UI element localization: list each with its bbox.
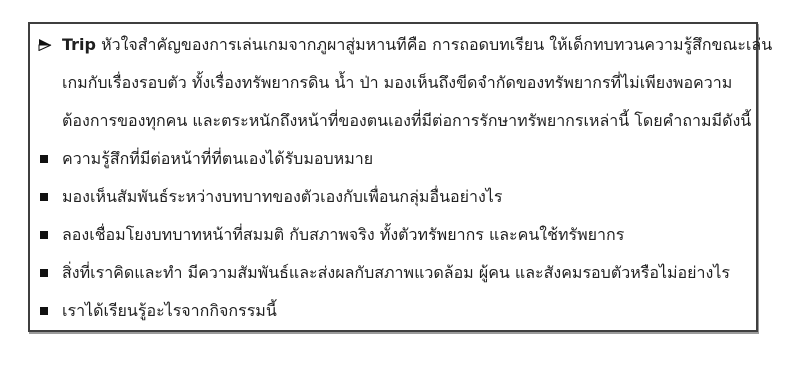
question-text: เราได้เรียนรู้อะไรจากกิจกรรมนี้: [62, 292, 277, 330]
content-box: Trip หัวใจสำคัญของการเล่นเกมจากภูผาสู่มห…: [28, 22, 758, 332]
question-text: มองเห็นสัมพันธ์ระหว่างบทบาทของตัวเองกับเ…: [62, 178, 502, 216]
square-bullet-icon: [38, 292, 62, 330]
square-bullet-icon: [38, 140, 62, 178]
document-page: Trip หัวใจสำคัญของการเล่นเกมจากภูผาสู่มห…: [0, 0, 800, 376]
question-item: มองเห็นสัมพันธ์ระหว่างบทบาทของตัวเองกับเ…: [30, 178, 746, 216]
question-text: ความรู้สึกที่มีต่อหน้าที่ที่ตนเองได้รับม…: [62, 140, 373, 178]
intro-line-2-text: เกมกับเรื่องรอบตัว ทั้งเรื่องทรัพยากรดิน…: [62, 64, 732, 102]
intro-line-3-text: ต้องการของทุกคน และตระหนักถึงหน้าที่ของต…: [62, 102, 751, 140]
question-text: ลองเชื่อมโยงบทบาทหน้าที่สมมติ กับสภาพจริ…: [62, 216, 624, 254]
intro-lead-bold: Trip: [62, 35, 96, 54]
square-bullet-icon: [38, 178, 62, 216]
question-text: สิ่งที่เราคิดและทำ มีความสัมพันธ์และส่งผ…: [62, 254, 730, 292]
square-bullet-icon: [38, 216, 62, 254]
question-item: สิ่งที่เราคิดและทำ มีความสัมพันธ์และส่งผ…: [30, 254, 746, 292]
square-bullet-icon: [38, 254, 62, 292]
question-item: เราได้เรียนรู้อะไรจากกิจกรรมนี้: [30, 292, 746, 330]
intro-line-1-text: หัวใจสำคัญของการเล่นเกมจากภูผาสู่มหานทีค…: [96, 35, 772, 54]
question-item: ลองเชื่อมโยงบทบาทหน้าที่สมมติ กับสภาพจริ…: [30, 216, 746, 254]
intro-paragraph-line-2: เกมกับเรื่องรอบตัว ทั้งเรื่องทรัพยากรดิน…: [30, 64, 746, 102]
arrow-bullet-icon: [38, 26, 62, 64]
question-item: ความรู้สึกที่มีต่อหน้าที่ที่ตนเองได้รับม…: [30, 140, 746, 178]
intro-text-line-1: Trip หัวใจสำคัญของการเล่นเกมจากภูผาสู่มห…: [62, 26, 772, 64]
intro-paragraph-line-3: ต้องการของทุกคน และตระหนักถึงหน้าที่ของต…: [30, 102, 746, 140]
intro-paragraph-line-1: Trip หัวใจสำคัญของการเล่นเกมจากภูผาสู่มห…: [30, 26, 746, 64]
